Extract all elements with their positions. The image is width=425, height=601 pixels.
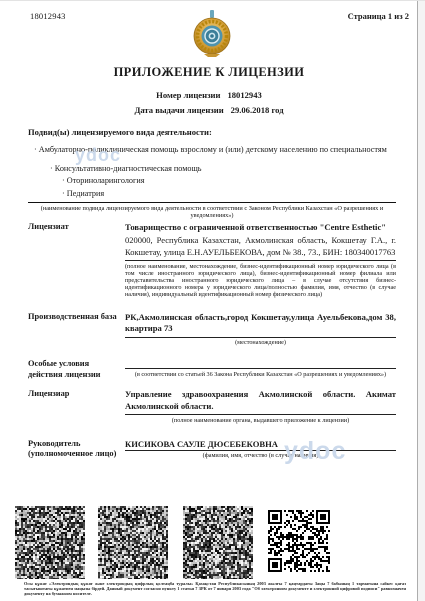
kazakhstan-coat-of-arms-icon bbox=[190, 9, 234, 59]
production-base-label: Производственная база bbox=[28, 312, 125, 347]
bullet: · bbox=[62, 176, 65, 185]
divider bbox=[125, 368, 396, 369]
legal-footnote: Осы құжат «Электрондық құжат және электр… bbox=[24, 581, 406, 597]
production-base-row: Производственная база РК,Акмолинская обл… bbox=[28, 312, 396, 347]
divider bbox=[125, 260, 396, 261]
head-official-label2: (уполномоченное лицо) bbox=[28, 449, 117, 460]
licensor-footnote: (полное наименование органа, выдавшего п… bbox=[125, 417, 396, 424]
special-conditions-footnote: (в соответствии со статьей 36 Закона Рес… bbox=[125, 371, 396, 378]
licensee-address: 020000, Республика Казахстан, Акмолинска… bbox=[125, 235, 396, 258]
barcode-1 bbox=[15, 506, 85, 579]
special-conditions-label: Особые условия действия лицензии bbox=[28, 359, 125, 380]
head-official-label: Руководитель bbox=[28, 439, 117, 450]
scan-edge-shade bbox=[418, 1, 425, 601]
subtypes-footnote: (наименование подвида лицензируемого вид… bbox=[28, 205, 396, 220]
license-date-value: 29.06.2018 год bbox=[231, 105, 284, 115]
license-annex-document: 18012943 Страница 1 из 2 ПРИЛОЖЕНИЕ К ЛИ… bbox=[0, 0, 425, 601]
licensee-name: Товарищество с ограниченной ответственно… bbox=[125, 222, 396, 233]
head-official-footnote: (фамилия, имя, отчество (в случае наличи… bbox=[125, 452, 396, 459]
document-title: ПРИЛОЖЕНИЕ К ЛИЦЕНЗИИ bbox=[0, 65, 418, 80]
subtypes-heading: Подвид(ы) лицензируемого вида деятельнос… bbox=[28, 127, 396, 138]
license-number-value: 18012943 bbox=[227, 90, 261, 100]
subtype-item: · Педиатрия bbox=[28, 189, 396, 200]
licensee-footnote: (полное наименование, местонахождение, б… bbox=[125, 263, 396, 299]
licensor-row: Лицензиар Управление здравоохранения Акм… bbox=[28, 389, 396, 424]
ydoc-watermark: ydoc bbox=[75, 145, 121, 166]
license-date-label: Дата выдачи лицензии bbox=[134, 105, 223, 115]
qr-code bbox=[268, 509, 330, 573]
production-base-footnote: (местонахождение) bbox=[125, 339, 396, 346]
license-date-line: Дата выдачи лицензии29.06.2018 год bbox=[0, 105, 418, 115]
bullet: · bbox=[62, 189, 65, 198]
activity-subtypes-section: Подвид(ы) лицензируемого вида деятельнос… bbox=[28, 127, 396, 220]
licensee-label: Лицензиат bbox=[28, 222, 125, 299]
bullet: · bbox=[34, 145, 37, 154]
details-rows: Лицензиат Товарищество с ограниченной от… bbox=[28, 222, 396, 460]
bullet: · bbox=[50, 164, 53, 173]
license-number-label: Номер лицензии bbox=[156, 90, 220, 100]
divider bbox=[28, 202, 396, 203]
divider bbox=[125, 414, 396, 415]
ydoc-watermark: ydoc bbox=[284, 437, 346, 466]
licensor-label: Лицензиар bbox=[28, 389, 125, 424]
special-conditions-row: Особые условия действия лицензии (в соот… bbox=[28, 359, 396, 380]
head-official-name: КИСИКОВА САУЛЕ ДЮСЕБЕКОВНА bbox=[125, 439, 396, 450]
divider bbox=[125, 450, 396, 451]
license-number-line: Номер лицензии18012943 bbox=[0, 90, 418, 100]
header-doc-number: 18012943 bbox=[30, 11, 66, 21]
subtype-item: · Оториноларингология bbox=[28, 176, 396, 187]
licensor-value: Управление здравоохранения Акмолинской о… bbox=[125, 389, 396, 412]
divider bbox=[125, 337, 396, 338]
barcode-3 bbox=[183, 506, 253, 579]
licensee-row: Лицензиат Товарищество с ограниченной от… bbox=[28, 222, 396, 299]
page-indicator: Страница 1 из 2 bbox=[348, 11, 409, 21]
barcode-2 bbox=[98, 506, 168, 579]
production-base-value: РК,Акмолинская область,город Кокшетау,ул… bbox=[125, 312, 396, 335]
